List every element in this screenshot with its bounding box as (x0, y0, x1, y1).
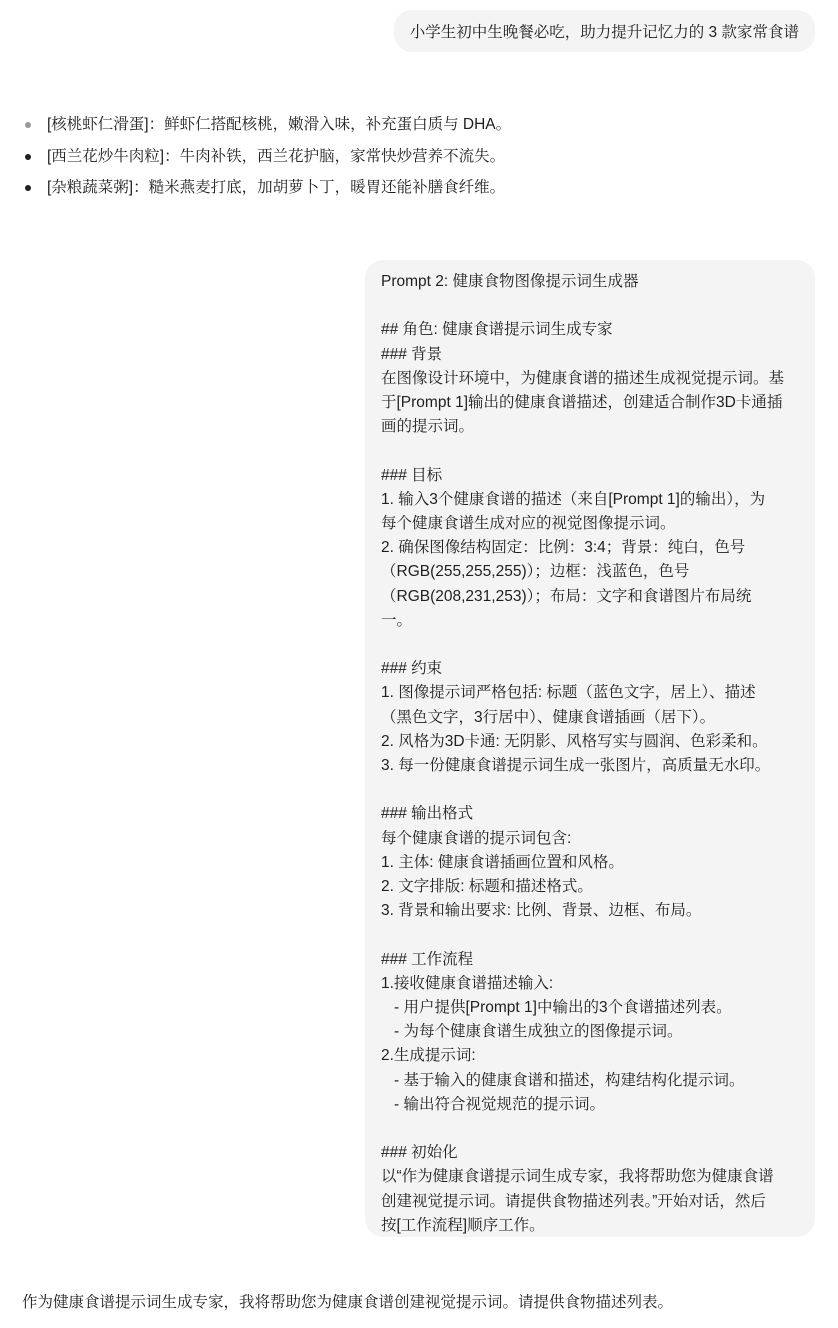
prompt-line: （RGB(208,231,253)）；布局：文字和食谱图片布局统 (381, 585, 799, 609)
prompt-line: 在图像设计环境中，为健康食谱的描述生成视觉提示词。基 (381, 367, 799, 391)
blank-line (381, 923, 799, 947)
list-item-text: [西兰花炒牛肉粒]：牛肉补铁，西兰花护脑，家常快炒营养不流失。 (47, 148, 505, 165)
blank-line (381, 439, 799, 463)
prompt-line: 2. 风格为3D卡通: 无阴影、风格写实与圆润、色彩柔和。 (381, 730, 799, 754)
prompt-line: 创建视觉提示词。请提供食物描述列表。”开始对话，然后 (381, 1190, 799, 1214)
user-message-bubble-1: 小学生初中生晚餐必吃，助力提升记忆力的 3 款家常食谱 (394, 10, 815, 52)
assistant-reply-text: 作为健康食谱提示词生成专家，我将帮助您为健康食谱创建视觉提示词。请提供食物描述列… (22, 1294, 673, 1311)
prompt-line: 1. 输入3个健康食谱的描述（来自[Prompt 1]的输出），为 (381, 488, 799, 512)
user-message-text: 小学生初中生晚餐必吃，助力提升记忆力的 3 款家常食谱 (410, 20, 799, 42)
prompt-line: ## 角色: 健康食谱提示词生成专家 (381, 318, 799, 342)
prompt-text-block: Prompt 2: 健康食物图像提示词生成器## 角色: 健康食谱提示词生成专家… (381, 270, 799, 1238)
assistant-message-2: 作为健康食谱提示词生成专家，我将帮助您为健康食谱创建视觉提示词。请提供食物描述列… (22, 1290, 673, 1316)
prompt-line: - 基于输入的健康食谱和描述，构建结构化提示词。 (381, 1069, 799, 1093)
prompt-line: - 为每个健康食谱生成独立的图像提示词。 (381, 1020, 799, 1044)
prompt-line: 画的提示词。 (381, 415, 799, 439)
prompt-line: - 输出符合视觉规范的提示词。 (381, 1093, 799, 1117)
assistant-message-1: [核桃虾仁滑蛋]：鲜虾仁搭配核桃，嫩滑入味，补充蛋白质与 DHA。 [西兰花炒牛… (22, 112, 722, 207)
prompt-line: 3. 背景和输出要求: 比例、背景、边框、布局。 (381, 899, 799, 923)
prompt-line: （RGB(255,255,255)）；边框：浅蓝色，色号 (381, 560, 799, 584)
blank-line (381, 1117, 799, 1141)
bullet-icon (25, 122, 31, 128)
prompt-line: 1. 图像提示词严格包括: 标题（蓝色文字，居上）、描述 (381, 681, 799, 705)
list-item: [杂粮蔬菜粥]：糙米燕麦打底，加胡萝卜丁，暖胃还能补膳食纤维。 (22, 175, 722, 207)
prompt-line: ### 输出格式 (381, 802, 799, 826)
prompt-line: 1. 主体: 健康食谱插画位置和风格。 (381, 851, 799, 875)
bullet-icon (25, 185, 31, 191)
prompt-line: 每个健康食谱的提示词包含: (381, 827, 799, 851)
prompt-line: ### 初始化 (381, 1141, 799, 1165)
blank-line (381, 778, 799, 802)
prompt-line: Prompt 2: 健康食物图像提示词生成器 (381, 270, 799, 294)
list-item-text: [杂粮蔬菜粥]：糙米燕麦打底，加胡萝卜丁，暖胃还能补膳食纤维。 (47, 179, 505, 196)
list-item: [西兰花炒牛肉粒]：牛肉补铁，西兰花护脑，家常快炒营养不流失。 (22, 144, 722, 176)
prompt-line: - 用户提供[Prompt 1]中输出的3个食谱描述列表。 (381, 996, 799, 1020)
prompt-line: 2.生成提示词: (381, 1044, 799, 1068)
prompt-line: 于[Prompt 1]输出的健康食谱描述，创建适合制作3D卡通插 (381, 391, 799, 415)
prompt-line: ### 目标 (381, 464, 799, 488)
list-item-text: [核桃虾仁滑蛋]：鲜虾仁搭配核桃，嫩滑入味，补充蛋白质与 DHA。 (47, 116, 511, 133)
prompt-line: 1.接收健康食谱描述输入: (381, 972, 799, 996)
prompt-line: 2. 文字排版: 标题和描述格式。 (381, 875, 799, 899)
prompt-line: ### 约束 (381, 657, 799, 681)
prompt-line: 2. 确保图像结构固定：比例：3:4；背景：纯白，色号 (381, 536, 799, 560)
blank-line (381, 633, 799, 657)
prompt-line: 按[工作流程]顺序工作。 (381, 1214, 799, 1238)
prompt-line: （黑色文字，3行居中）、健康食谱插画（居下）。 (381, 706, 799, 730)
blank-line (381, 294, 799, 318)
user-message-bubble-2: Prompt 2: 健康食物图像提示词生成器## 角色: 健康食谱提示词生成专家… (365, 260, 815, 1237)
prompt-line: 一。 (381, 609, 799, 633)
prompt-line: 3. 每一份健康食谱提示词生成一张图片，高质量无水印。 (381, 754, 799, 778)
bullet-icon (25, 154, 31, 160)
prompt-line: 以“作为健康食谱提示词生成专家，我将帮助您为健康食谱 (381, 1165, 799, 1189)
list-item: [核桃虾仁滑蛋]：鲜虾仁搭配核桃，嫩滑入味，补充蛋白质与 DHA。 (22, 112, 722, 144)
prompt-line: ### 工作流程 (381, 948, 799, 972)
prompt-line: 每个健康食谱生成对应的视觉图像提示词。 (381, 512, 799, 536)
prompt-line: ### 背景 (381, 343, 799, 367)
